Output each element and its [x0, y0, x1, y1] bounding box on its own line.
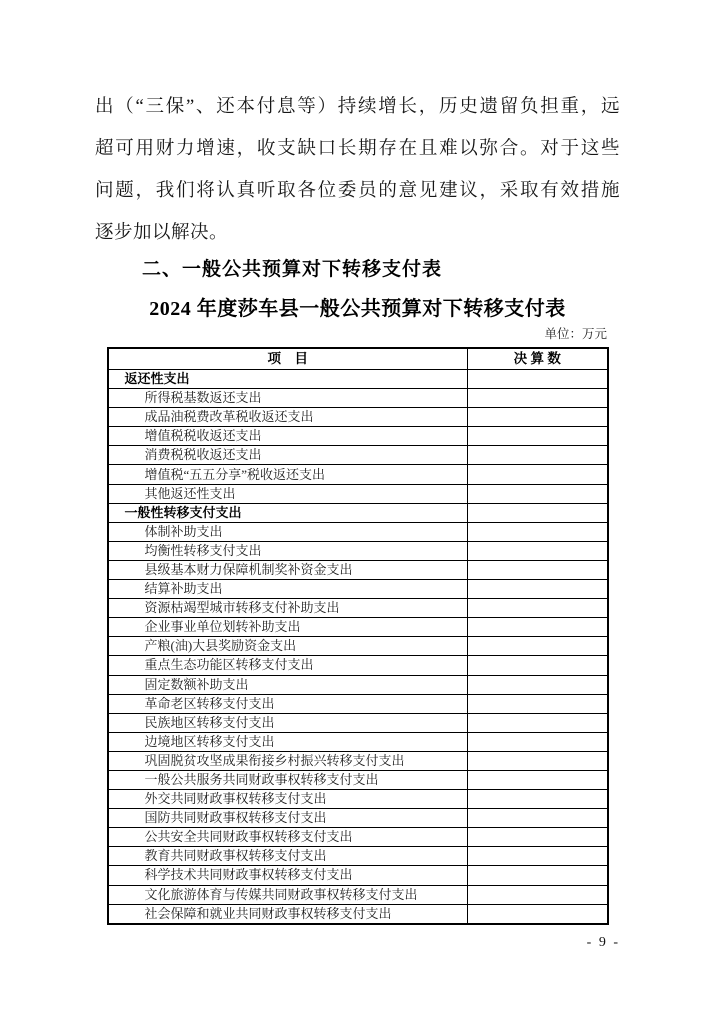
item-label-cell: 国防共同财政事权转移支付支出	[108, 809, 468, 828]
item-label-cell: 边境地区转移支付支出	[108, 732, 468, 751]
amount-value-cell	[468, 713, 608, 732]
table-row: 返还性支出	[108, 370, 608, 389]
paragraph-line: 问题，我们将认真听取各位委员的意见建议，采取有效措施	[95, 170, 620, 212]
item-label-cell: 固定数额补助支出	[108, 675, 468, 694]
item-label-cell: 文化旅游体育与传媒共同财政事权转移支付支出	[108, 885, 468, 904]
table-row: 结算补助支出	[108, 580, 608, 599]
table-row: 体制补助支出	[108, 522, 608, 541]
item-label-cell: 企业事业单位划转补助支出	[108, 618, 468, 637]
table-row: 外交共同财政事权转移支付支出	[108, 790, 608, 809]
amount-value-cell	[468, 847, 608, 866]
table-row: 边境地区转移支付支出	[108, 732, 608, 751]
table-header-row: 项 目 决 算 数	[108, 348, 608, 370]
item-label-cell: 其他返还性支出	[108, 484, 468, 503]
amount-value-cell	[468, 389, 608, 408]
item-label-cell: 一般性转移支付支出	[108, 503, 468, 522]
item-label-cell: 所得税基数返还支出	[108, 389, 468, 408]
item-label-cell: 社会保障和就业共同财政事权转移支付支出	[108, 904, 468, 924]
amount-value-cell	[468, 751, 608, 770]
table-row: 一般公共服务共同财政事权转移支付支出	[108, 770, 608, 789]
column-header-amount: 决 算 数	[468, 348, 608, 370]
paragraph-line: 逐步加以解决。	[95, 212, 620, 254]
item-label-cell: 县级基本财力保障机制奖补资金支出	[108, 560, 468, 579]
table-row: 重点生态功能区转移支付支出	[108, 656, 608, 675]
item-label-cell: 科学技术共同财政事权转移支付支出	[108, 866, 468, 885]
table-row: 增值税“五五分享”税收返还支出	[108, 465, 608, 484]
document-page: 出（“三保”、还本付息等）持续增长，历史遗留负担重，远超可用财力增速，收支缺口长…	[0, 0, 714, 1010]
table-row: 产粮(油)大县奖励资金支出	[108, 637, 608, 656]
unit-label: 单位：万元	[95, 326, 620, 343]
item-label-cell: 产粮(油)大县奖励资金支出	[108, 637, 468, 656]
item-label-cell: 体制补助支出	[108, 522, 468, 541]
item-label-cell: 消费税税收返还支出	[108, 446, 468, 465]
item-label-cell: 结算补助支出	[108, 580, 468, 599]
amount-value-cell	[468, 637, 608, 656]
item-label-cell: 资源枯竭型城市转移支付补助支出	[108, 599, 468, 618]
page-number: - 9 -	[95, 934, 620, 951]
amount-value-cell	[468, 599, 608, 618]
item-label-cell: 巩固脱贫攻坚成果衔接乡村振兴转移支付支出	[108, 751, 468, 770]
amount-value-cell	[468, 408, 608, 427]
amount-value-cell	[468, 694, 608, 713]
body-paragraph: 出（“三保”、还本付息等）持续增长，历史遗留负担重，远超可用财力增速，收支缺口长…	[95, 86, 620, 254]
amount-value-cell	[468, 618, 608, 637]
item-label-cell: 外交共同财政事权转移支付支出	[108, 790, 468, 809]
amount-value-cell	[468, 732, 608, 751]
table-row: 一般性转移支付支出	[108, 503, 608, 522]
amount-value-cell	[468, 790, 608, 809]
table-row: 教育共同财政事权转移支付支出	[108, 847, 608, 866]
item-label-cell: 增值税“五五分享”税收返还支出	[108, 465, 468, 484]
item-label-cell: 教育共同财政事权转移支付支出	[108, 847, 468, 866]
item-label-cell: 公共安全共同财政事权转移支付支出	[108, 828, 468, 847]
column-header-item: 项 目	[108, 348, 468, 370]
table-row: 均衡性转移支付支出	[108, 541, 608, 560]
amount-value-cell	[468, 675, 608, 694]
amount-value-cell	[468, 656, 608, 675]
amount-value-cell	[468, 503, 608, 522]
item-label-cell: 革命老区转移支付支出	[108, 694, 468, 713]
section-heading: 二、一般公共预算对下转移支付表	[95, 256, 620, 283]
table-row: 革命老区转移支付支出	[108, 694, 608, 713]
table-row: 增值税税收返还支出	[108, 427, 608, 446]
table-row: 资源枯竭型城市转移支付补助支出	[108, 599, 608, 618]
amount-value-cell	[468, 770, 608, 789]
item-label-cell: 增值税税收返还支出	[108, 427, 468, 446]
amount-value-cell	[468, 828, 608, 847]
item-label-cell: 重点生态功能区转移支付支出	[108, 656, 468, 675]
table-row: 固定数额补助支出	[108, 675, 608, 694]
item-label-cell: 均衡性转移支付支出	[108, 541, 468, 560]
table-row: 县级基本财力保障机制奖补资金支出	[108, 560, 608, 579]
table-body: 返还性支出 所得税基数返还支出 成品油税费改革税收返还支出 增值税税收返还支出 …	[108, 370, 608, 924]
table-row: 其他返还性支出	[108, 484, 608, 503]
amount-value-cell	[468, 580, 608, 599]
paragraph-line: 超可用财力增速，收支缺口长期存在且难以弥合。对于这些	[95, 128, 620, 170]
item-label-cell: 成品油税费改革税收返还支出	[108, 408, 468, 427]
table-row: 文化旅游体育与传媒共同财政事权转移支付支出	[108, 885, 608, 904]
table-row: 公共安全共同财政事权转移支付支出	[108, 828, 608, 847]
amount-value-cell	[468, 904, 608, 924]
paragraph-line: 出（“三保”、还本付息等）持续增长，历史遗留负担重，远	[95, 86, 620, 128]
table-row: 科学技术共同财政事权转移支付支出	[108, 866, 608, 885]
item-label-cell: 返还性支出	[108, 370, 468, 389]
item-label-cell: 一般公共服务共同财政事权转移支付支出	[108, 770, 468, 789]
amount-value-cell	[468, 560, 608, 579]
transfer-payment-table: 项 目 决 算 数 返还性支出 所得税基数返还支出 成品油税费改革税收返还支出 …	[107, 347, 609, 925]
amount-value-cell	[468, 885, 608, 904]
table-row: 所得税基数返还支出	[108, 389, 608, 408]
item-label-cell: 民族地区转移支付支出	[108, 713, 468, 732]
amount-value-cell	[468, 484, 608, 503]
table-header: 项 目 决 算 数	[108, 348, 608, 370]
table-row: 社会保障和就业共同财政事权转移支付支出	[108, 904, 608, 924]
table-title: 2024 年度莎车县一般公共预算对下转移支付表	[95, 296, 620, 322]
table-row: 企业事业单位划转补助支出	[108, 618, 608, 637]
amount-value-cell	[468, 465, 608, 484]
table-row: 消费税税收返还支出	[108, 446, 608, 465]
table-row: 成品油税费改革税收返还支出	[108, 408, 608, 427]
amount-value-cell	[468, 541, 608, 560]
table-row: 民族地区转移支付支出	[108, 713, 608, 732]
amount-value-cell	[468, 370, 608, 389]
amount-value-cell	[468, 866, 608, 885]
amount-value-cell	[468, 427, 608, 446]
table-row: 国防共同财政事权转移支付支出	[108, 809, 608, 828]
table-row: 巩固脱贫攻坚成果衔接乡村振兴转移支付支出	[108, 751, 608, 770]
amount-value-cell	[468, 522, 608, 541]
amount-value-cell	[468, 446, 608, 465]
amount-value-cell	[468, 809, 608, 828]
